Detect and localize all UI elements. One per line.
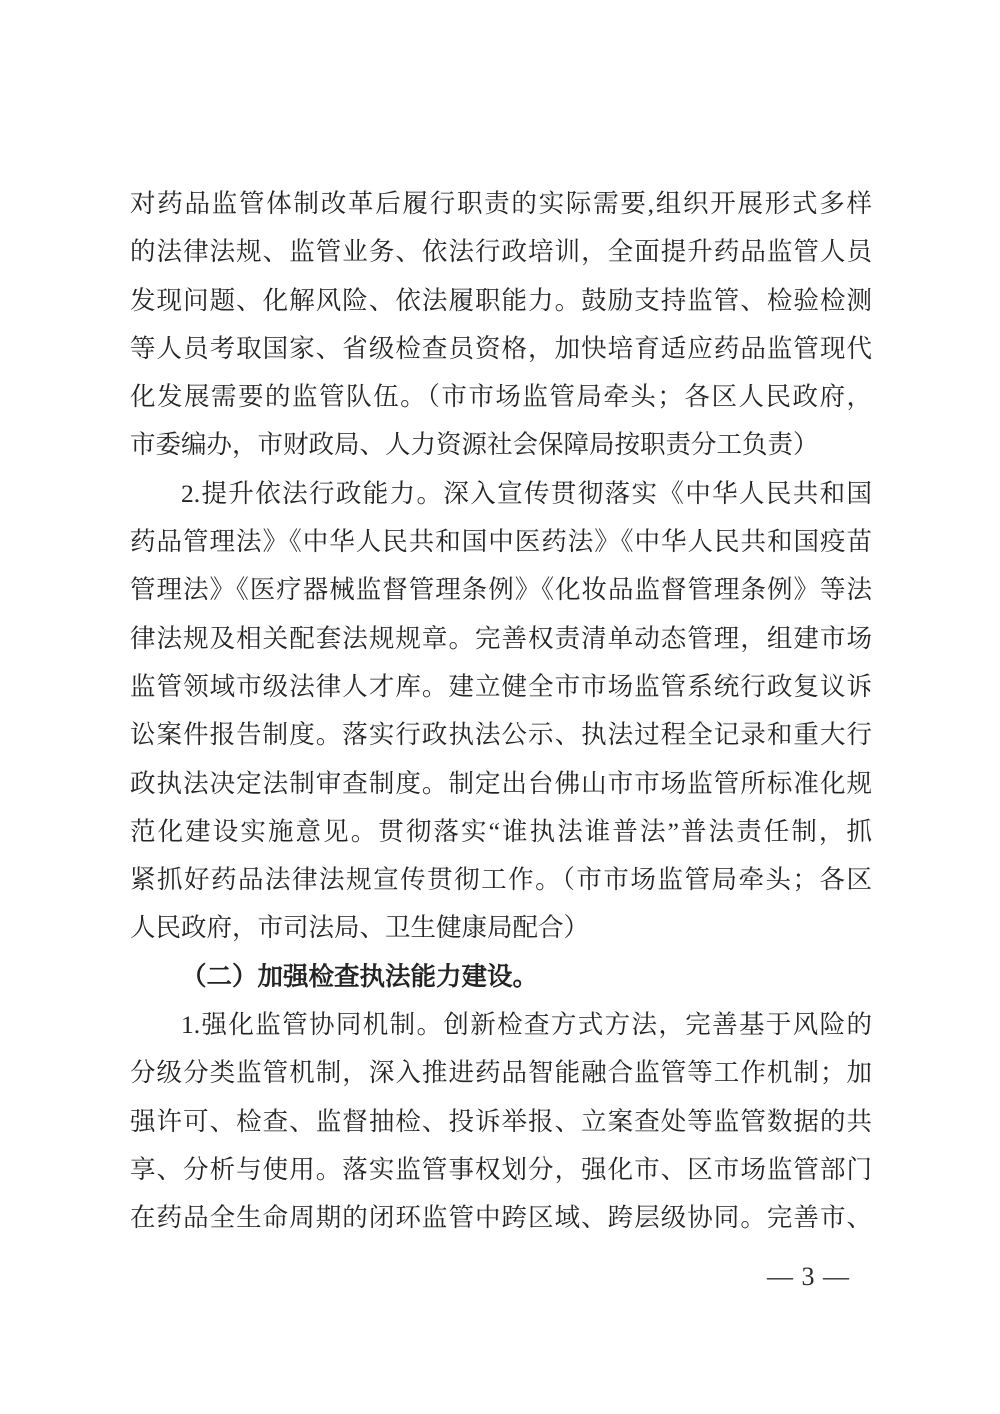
text-line: 的法律法规、监管业务、依法行政培训，全面提升药品监管人员: [130, 228, 872, 276]
text-line: 律法规及相关配套法规规章。完善权责清单动态管理，组建市场: [130, 615, 872, 663]
text-line: 在药品全生命周期的闭环监管中跨区域、跨层级协同。完善市、: [130, 1194, 872, 1242]
text-line: 2.提升依法行政能力。深入宣传贯彻落实《中华人民共和国: [130, 470, 872, 518]
text-line: 市委编办，市财政局、人力资源社会保障局按职责分工负责）: [130, 421, 872, 469]
text-line: 讼案件报告制度。落实行政执法公示、执法过程全记录和重大行: [130, 711, 872, 759]
text-line: 分级分类监管机制，深入推进药品智能融合监管等工作机制；加: [130, 1049, 872, 1097]
text-line: 化发展需要的监管队伍。（市市场监管局牵头；各区人民政府，: [130, 373, 872, 421]
text-line: 政执法决定法制审查制度。制定出台佛山市市场监管所标准化规: [130, 760, 872, 808]
document-page: 对药品监管体制改革后履行职责的实际需要,组织开展形式多样 的法律法规、监管业务、…: [0, 0, 1000, 1414]
page-number: — 3 —: [767, 1260, 850, 1294]
text-line: 强许可、检查、监督抽检、投诉举报、立案查处等监管数据的共: [130, 1098, 872, 1146]
text-line: 发现问题、化解风险、依法履职能力。鼓励支持监管、检验检测: [130, 277, 872, 325]
text-line: 对药品监管体制改革后履行职责的实际需要,组织开展形式多样: [130, 180, 872, 228]
document-body: 对药品监管体制改革后履行职责的实际需要,组织开展形式多样 的法律法规、监管业务、…: [130, 180, 872, 1243]
text-line: 监管领域市级法律人才库。建立健全市市场监管系统行政复议诉: [130, 663, 872, 711]
text-line: 人民政府，市司法局、卫生健康局配合）: [130, 904, 872, 952]
text-line: 管理法》《医疗器械监督管理条例》《化妆品监督管理条例》等法: [130, 566, 872, 614]
text-line: 紧抓好药品法律法规宣传贯彻工作。（市市场监管局牵头；各区: [130, 856, 872, 904]
text-line: 等人员考取国家、省级检查员资格，加快培育适应药品监管现代: [130, 325, 872, 373]
text-line: 享、分析与使用。落实监管事权划分，强化市、区市场监管部门: [130, 1146, 872, 1194]
text-line: 范化建设实施意见。贯彻落实“谁执法谁普法”普法责任制，抓: [130, 808, 872, 856]
text-line: 1.强化监管协同机制。创新检查方式方法，完善基于风险的: [130, 1001, 872, 1049]
text-line: 药品管理法》《中华人民共和国中医药法》《中华人民共和国疫苗: [130, 518, 872, 566]
section-heading: （二）加强检查执法能力建设。: [130, 953, 872, 1001]
